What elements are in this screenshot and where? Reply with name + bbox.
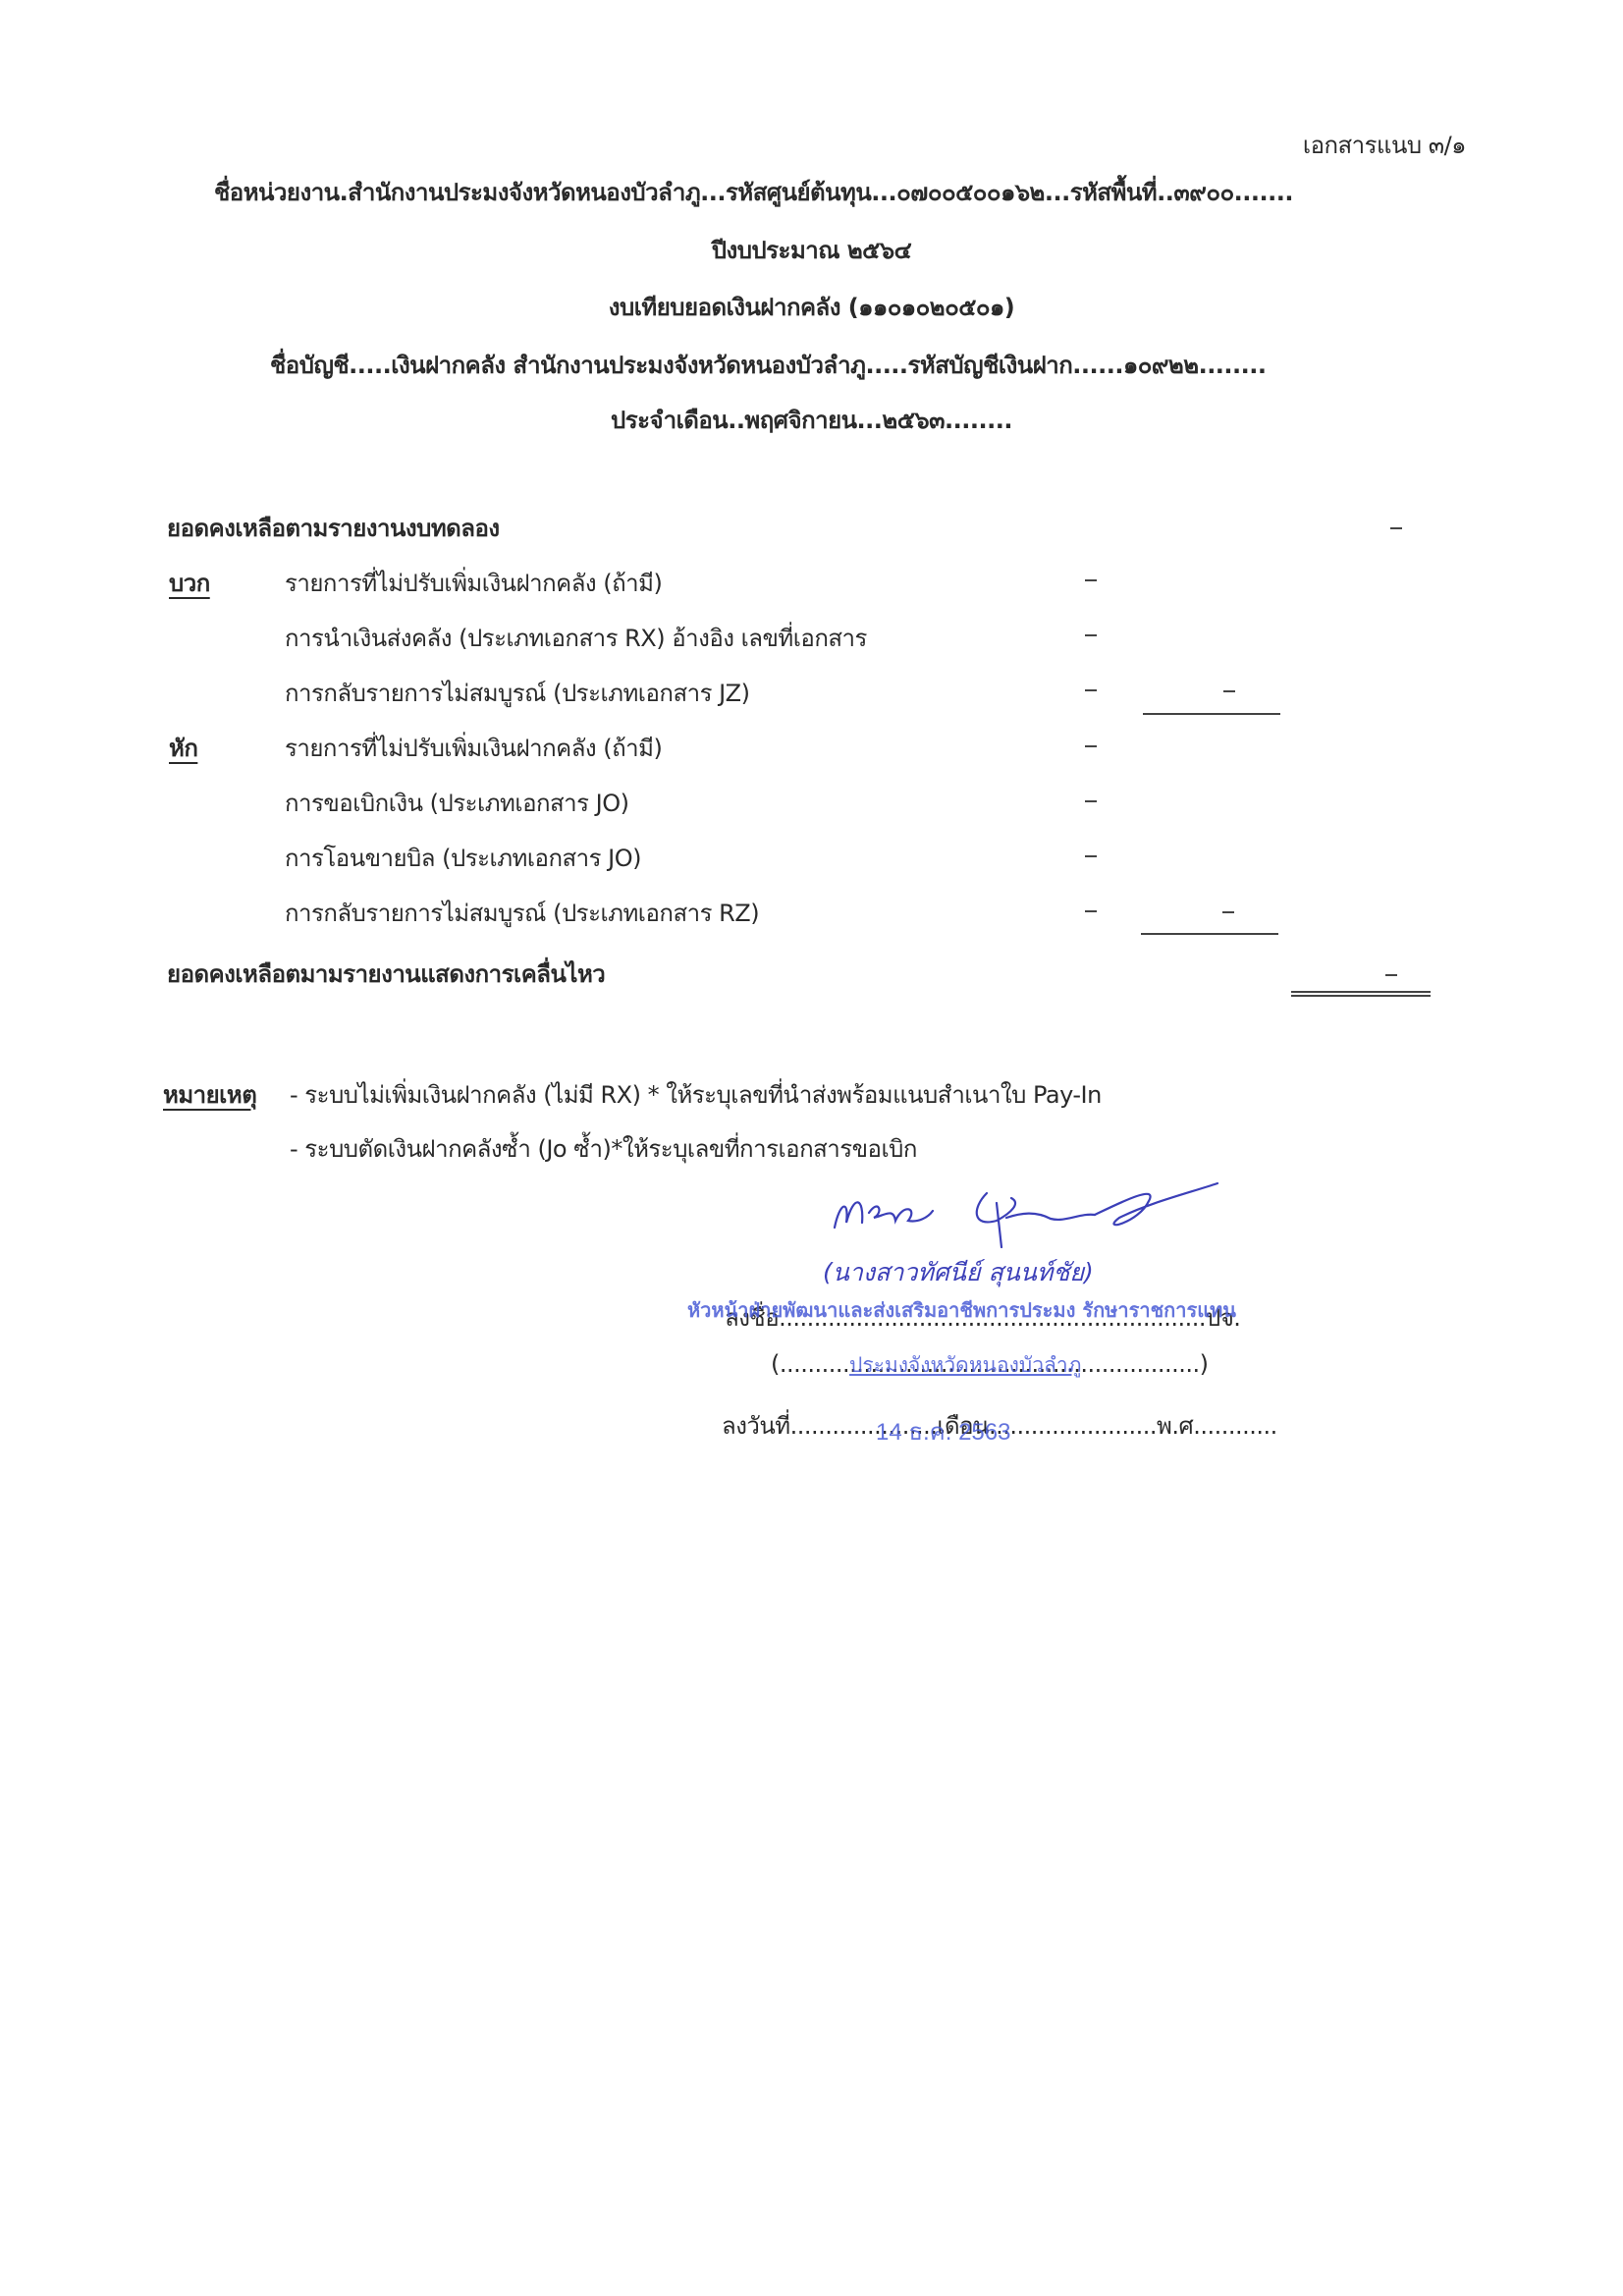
- month-line: ประจำเดือน..พฤศจิกายน...๒๕๖๓........: [0, 401, 1623, 439]
- less-subtotal-rule: [1141, 933, 1278, 935]
- remark-line-2: - ระบบตัดเงินฝากคลังซ้ำ (Jo ซ้ำ)*ให้ระบุ…: [290, 1129, 917, 1168]
- add-item-1-value: [1085, 579, 1097, 581]
- less-item-1-value: [1085, 745, 1097, 747]
- less-subtotal-value: [1222, 911, 1234, 913]
- document-title: งบเทียบยอดเงินฝากคลัง (๑๑๐๑๐๒๐๕๐๑): [0, 288, 1623, 326]
- less-item-3: การโอนขายบิล (ประเภทเอกสาร JO): [285, 839, 641, 877]
- remark-line-1: - ระบบไม่เพิ่มเงินฝากคลัง (ไม่มี RX) * ใ…: [290, 1075, 1102, 1114]
- add-item-2-value: [1085, 634, 1097, 636]
- add-item-2: การนำเงินส่งคลัง (ประเภทเอกสาร RX) อ้างอ…: [285, 619, 867, 657]
- add-item-3: การกลับรายการไม่สมบูรณ์ (ประเภทเอกสาร JZ…: [285, 674, 749, 712]
- add-item-3-value: [1085, 689, 1097, 691]
- less-item-1: รายการที่ไม่ปรับเพิ่มเงินฝากคลัง (ถ้ามี): [285, 729, 662, 767]
- less-item-4-value: [1085, 910, 1097, 912]
- add-item-1: รายการที่ไม่ปรับเพิ่มเงินฝากคลัง (ถ้ามี): [285, 564, 662, 602]
- less-item-3-value: [1085, 855, 1097, 857]
- less-item-2: การขอเบิกเงิน (ประเภทเอกสาร JO): [285, 784, 629, 822]
- less-item-2-value: [1085, 800, 1097, 802]
- add-label: บวก: [169, 564, 210, 602]
- closing-balance-value: [1385, 974, 1397, 976]
- less-label: หัก: [169, 729, 197, 767]
- account-line: ชื่อบัญชี.....เงินฝากคลัง สำนักงานประมงจ…: [270, 346, 1267, 384]
- add-subtotal-value: [1223, 690, 1235, 692]
- attachment-ref: เอกสารแนบ ๓/๑: [1303, 126, 1466, 164]
- fiscal-year: ปีงบประมาณ ๒๕๖๔: [0, 231, 1623, 269]
- signature-icon: [825, 1174, 1237, 1257]
- closing-balance-label: ยอดคงเหลือตมามรายงานแสดงการเคลื่นไหว: [167, 955, 605, 993]
- remarks-label: หมายเหตุ: [163, 1075, 256, 1114]
- less-item-4: การกลับรายการไม่สมบูรณ์ (ประเภทเอกสาร RZ…: [285, 894, 759, 932]
- signer-handwritten-name: (นางสาวทัศนีย์ สุนนท์ชัย): [823, 1253, 1094, 1292]
- unit-line: ชื่อหน่วยงาน.สำนักงานประมงจังหวัดหนองบัว…: [214, 173, 1293, 211]
- closing-balance-double-rule: [1291, 991, 1431, 997]
- add-subtotal-rule: [1143, 713, 1280, 715]
- opening-balance-value: [1390, 527, 1402, 529]
- opening-balance-label: ยอดคงเหลือตามรายงานงบทดลอง: [167, 509, 500, 547]
- position-stamp: หัวหน้าฝ่ายพัฒนาและส่งเสริมอาชีพการประมง…: [687, 1294, 1236, 1326]
- office-stamp: ประมงจังหวัดหนองบัวลำภู: [849, 1349, 1082, 1382]
- date-stamp: 14 ธ.ค. 2563: [876, 1412, 1010, 1450]
